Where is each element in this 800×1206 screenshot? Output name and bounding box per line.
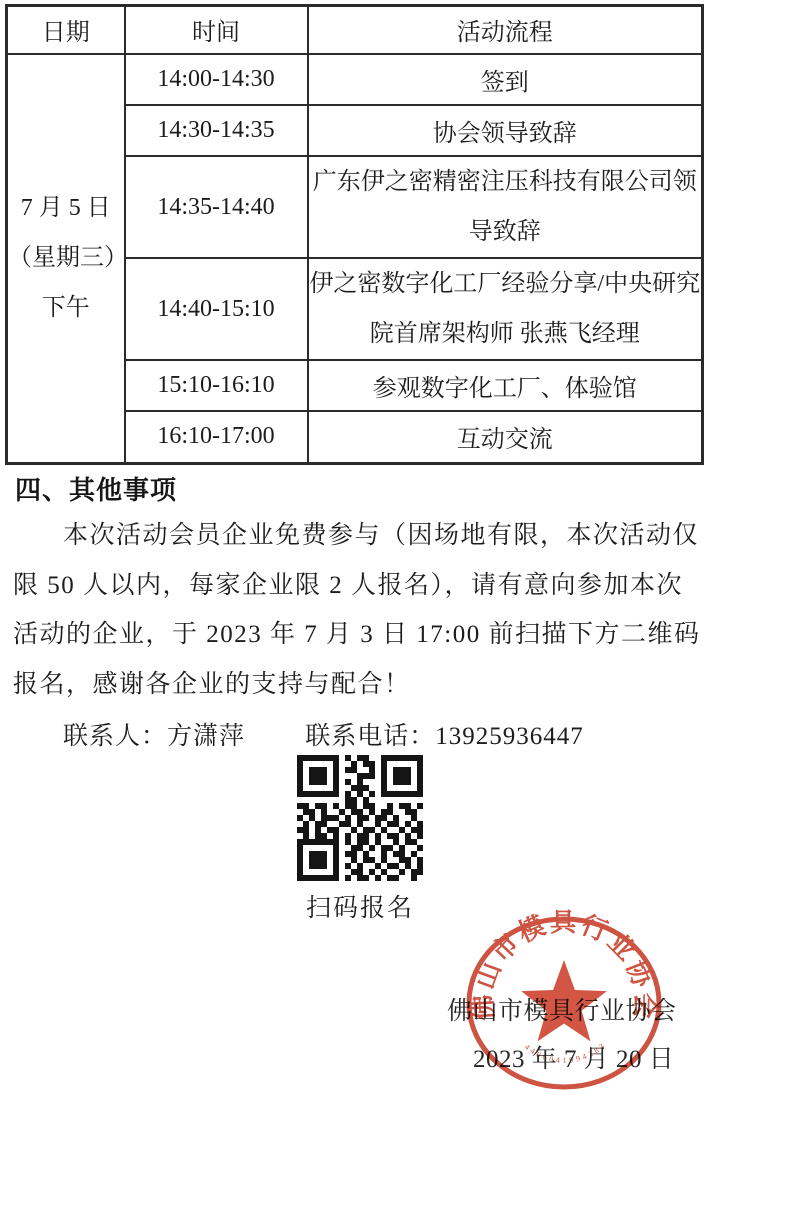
- activity-cell: 互动交流: [308, 411, 703, 464]
- activity-cell: 签到: [308, 54, 703, 105]
- date-line: （星期三）: [8, 233, 124, 283]
- table-row: 7 月 5 日 （星期三） 下午 14:00-14:30 签到: [7, 54, 703, 105]
- activity-line: 导致辞: [309, 207, 702, 257]
- qr-label: 扫码报名: [297, 888, 423, 924]
- time-cell: 15:10-16:10: [125, 360, 308, 411]
- table-header-row: 日期 时间 活动流程: [7, 6, 703, 54]
- schedule-table: 日期 时间 活动流程 7 月 5 日 （星期三） 下午 14:00-14:30 …: [5, 4, 704, 465]
- time-cell: 14:00-14:30: [125, 54, 308, 105]
- time-cell: 14:35-14:40: [125, 156, 308, 258]
- date-line: 7 月 5 日: [8, 183, 124, 233]
- svg-text:4406041994283: 4406041994283: [523, 1042, 606, 1065]
- qr-code: [297, 755, 423, 881]
- date-cell: 7 月 5 日 （星期三） 下午: [7, 54, 125, 464]
- stamp-star-icon: [521, 960, 607, 1041]
- activity-cell: 伊之密数字化工厂经验分享/中央研究 院首席架构师 张燕飞经理: [308, 258, 703, 360]
- activity-cell: 广东伊之密精密注压科技有限公司领 导致辞: [308, 156, 703, 258]
- header-flow: 活动流程: [308, 6, 703, 54]
- activity-line: 院首席架构师 张燕飞经理: [309, 309, 702, 359]
- paragraph-line: 活动的企业，于 2023 年 7 月 3 日 17:00 前扫描下方二维码: [13, 614, 700, 650]
- time-cell: 14:40-15:10: [125, 258, 308, 360]
- date-line: 下午: [8, 283, 124, 333]
- time-cell: 16:10-17:00: [125, 411, 308, 464]
- activity-line: 伊之密数字化工厂经验分享/中央研究: [309, 259, 702, 309]
- stamp-code: 4406041994283: [523, 1042, 606, 1065]
- activity-cell: 参观数字化工厂、体验馆: [308, 360, 703, 411]
- header-time: 时间: [125, 6, 308, 54]
- paragraph-line: 本次活动会员企业免费参与（因场地有限，本次活动仅: [63, 515, 699, 551]
- contact-person: 联系人：方潇萍: [63, 723, 245, 750]
- paragraph-line: 限 50 人以内，每家企业限 2 人报名），请有意向参加本次: [13, 565, 683, 601]
- activity-cell: 协会领导致辞: [308, 105, 703, 156]
- activity-line: 广东伊之密精密注压科技有限公司领: [309, 157, 702, 207]
- official-stamp: 佛山市模具行业协会 4406041994283: [454, 903, 674, 1103]
- header-date: 日期: [7, 6, 125, 54]
- time-cell: 14:30-14:35: [125, 105, 308, 156]
- document-page: 日期 时间 活动流程 7 月 5 日 （星期三） 下午 14:00-14:30 …: [0, 0, 800, 1206]
- paragraph-line: 报名，感谢各企业的支持与配合！: [13, 664, 411, 700]
- contact-phone: 联系电话：13925936447: [305, 723, 584, 750]
- contact-line: 联系人：方潇萍 联系电话：13925936447: [63, 716, 584, 752]
- section-heading: 四、其他事项: [15, 470, 177, 507]
